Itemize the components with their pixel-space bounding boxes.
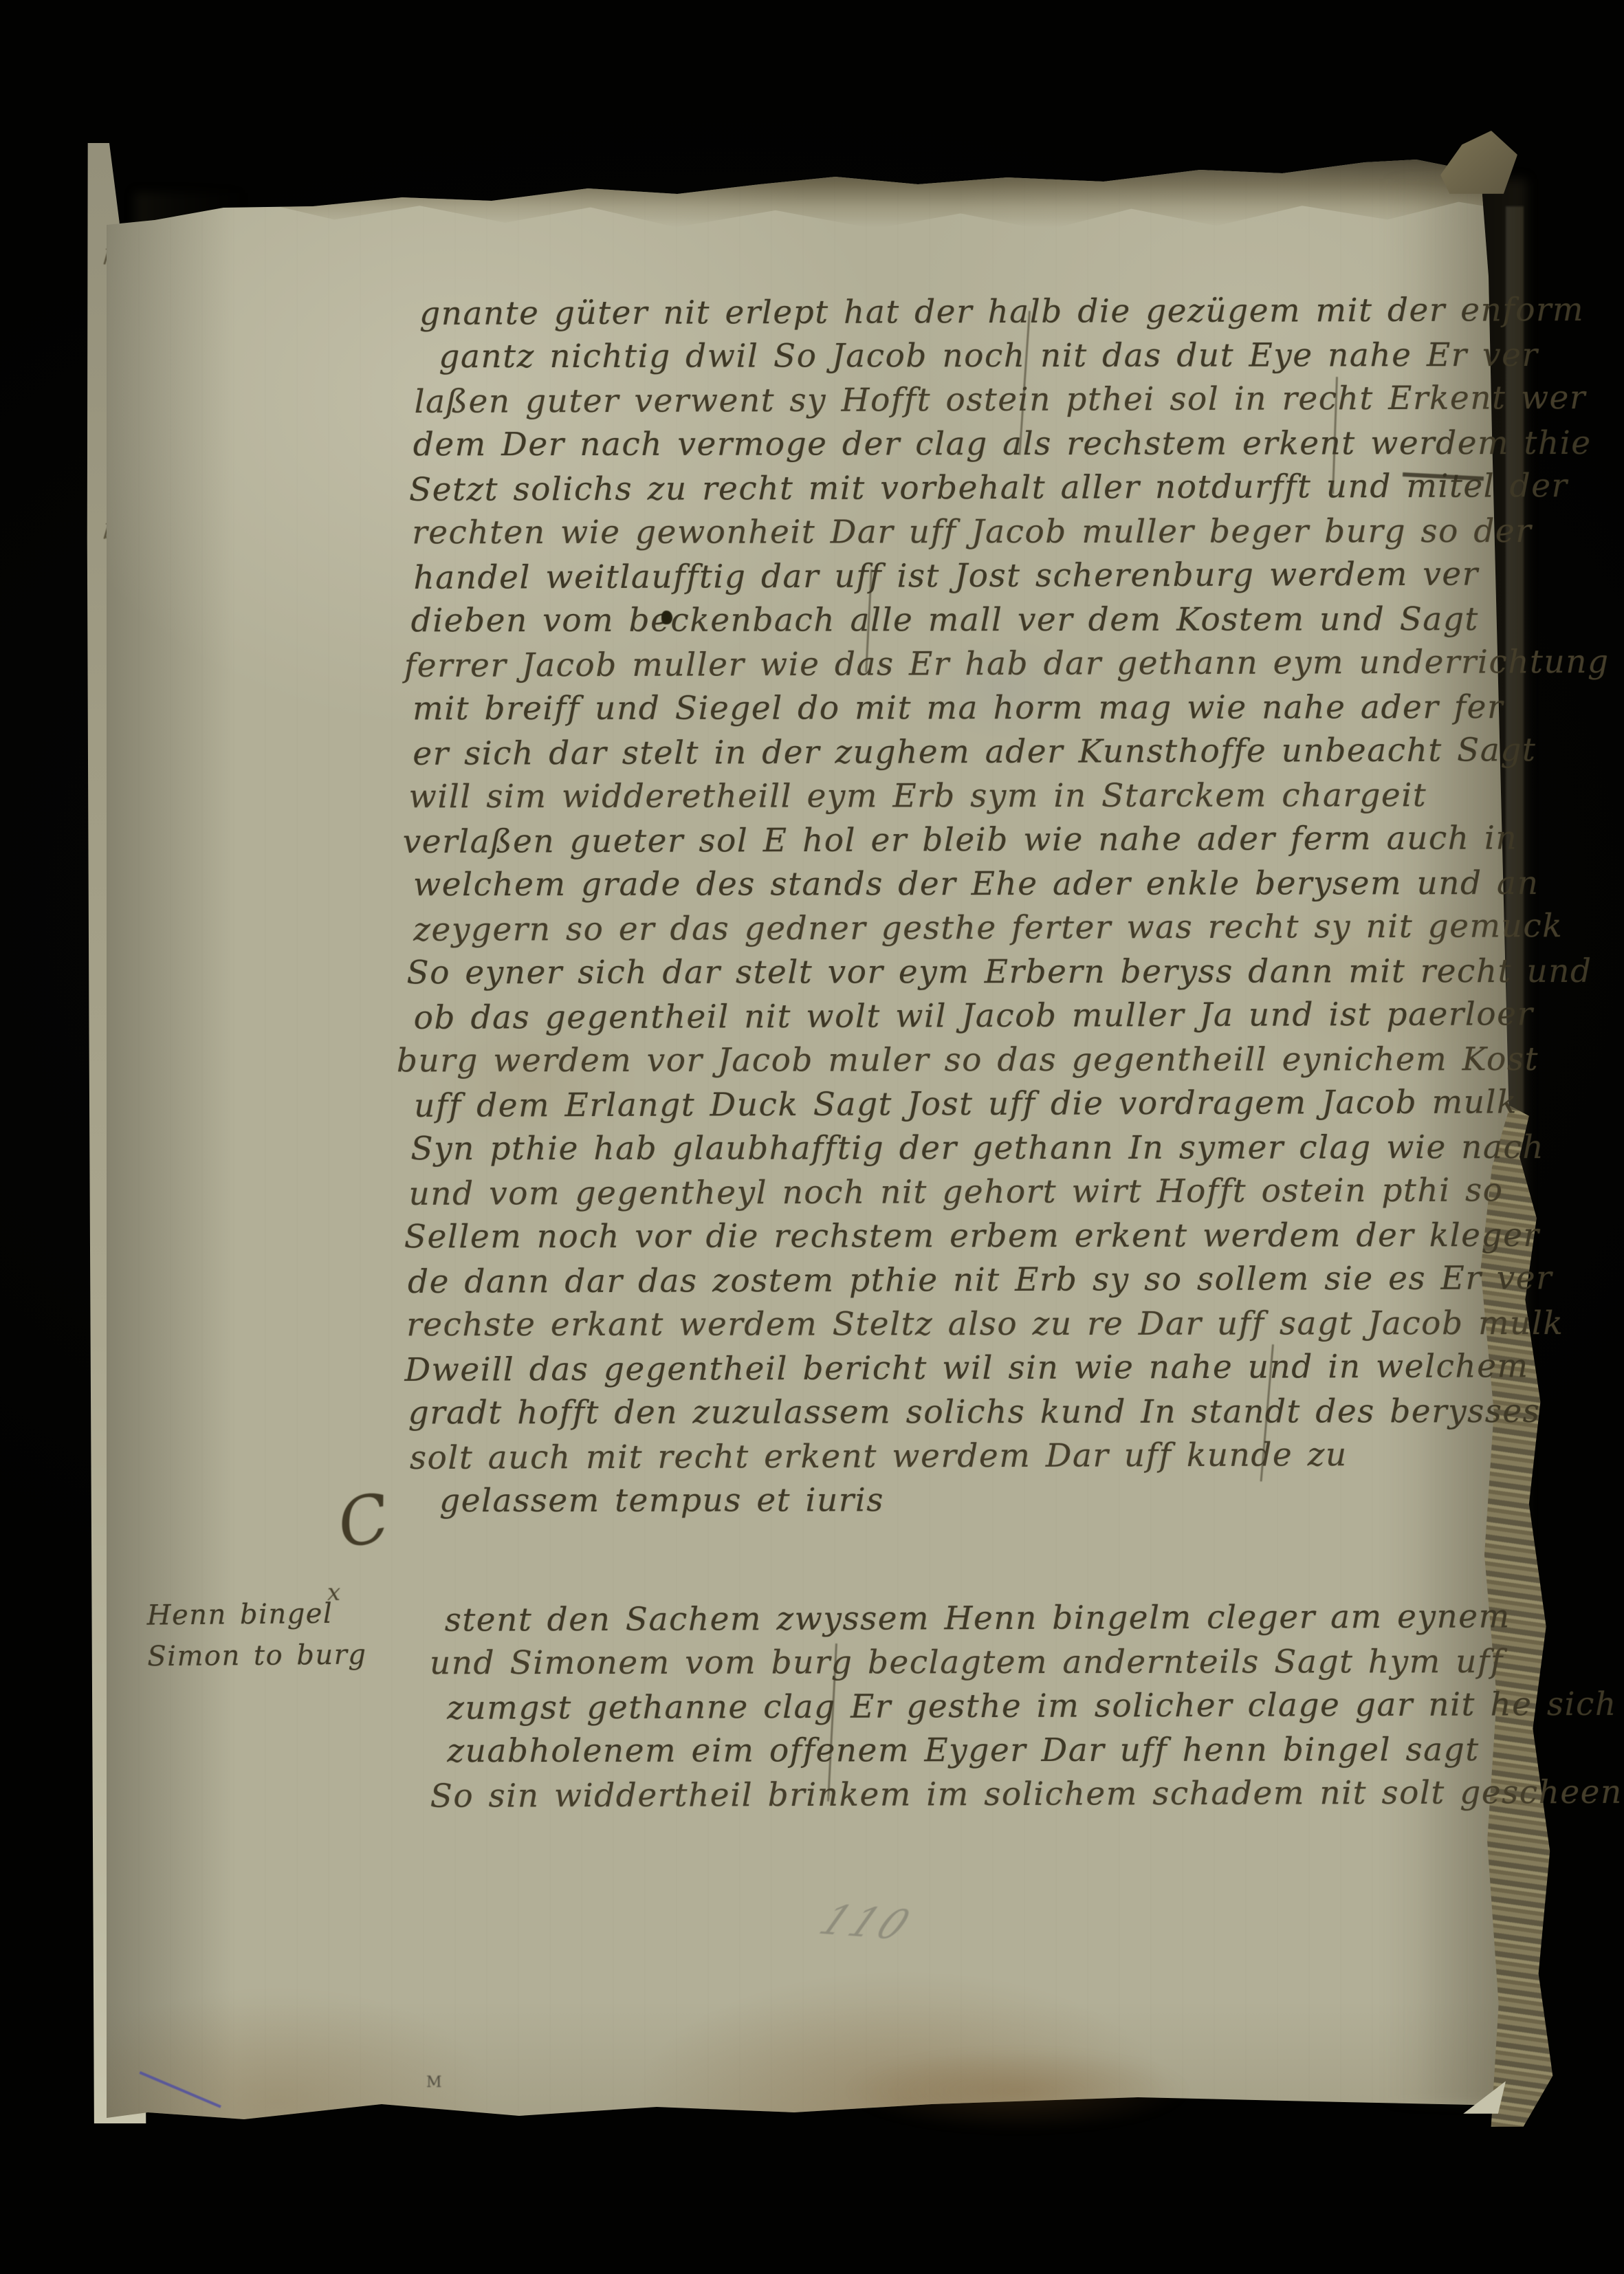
manuscript-line: solt auch mit recht erkent werdem Dar uf…: [410, 1432, 1505, 1480]
manuscript-line: er sich dar stelt in der zughem ader Kun…: [413, 728, 1502, 776]
manuscript-line: zuabholenem eim offenem Eyger Dar uff he…: [447, 1728, 1506, 1773]
main-text-block: gnante güter nit erlept hat der halb die…: [411, 288, 1506, 1819]
torn-corner-flap: [1440, 131, 1517, 194]
manuscript-line: uff dem Erlangt Duck Sagt Jost uff die v…: [414, 1080, 1504, 1128]
manuscript-line: de dann dar das zostem pthie nit Erb sy …: [408, 1256, 1504, 1304]
manuscript-line: zeygern so er das gedner gesthe ferter w…: [413, 904, 1503, 952]
manuscript-photo: klmzbntslstemnßGharmbisigjwsthymft gnant…: [0, 0, 1624, 2274]
manuscript-line: dem Der nach vermoge der clag als rechst…: [413, 422, 1502, 467]
manuscript-line: will sim widderetheill eym Erb sym in St…: [409, 774, 1503, 819]
manuscript-line: Dweill das gegentheil bericht wil sin wi…: [404, 1344, 1504, 1392]
manuscript-line: rechten wie gewonheit Dar uff Jacob mull…: [412, 510, 1502, 555]
manuscript-line: gradt hofft den zuzulassem solichs kund …: [408, 1390, 1505, 1435]
manuscript-line: zumgst gethanne clag Er gesthe im solich…: [447, 1683, 1506, 1730]
manuscript-line: So eyner sich dar stelt vor eym Erbern b…: [406, 950, 1503, 995]
manuscript-line: ob das gegentheil nit wolt wil Jacob mul…: [414, 992, 1504, 1040]
margin-note-line: Simon to burg: [147, 1635, 367, 1678]
manuscript-line: gelassem tempus et iuris: [439, 1478, 1505, 1523]
manuscript-line: und Simonem vom burg beclagtem anderntei…: [430, 1640, 1506, 1685]
manuscript-line: So sin widdertheil brinkem im solichem s…: [430, 1771, 1506, 1818]
bottom-speck-mark: M: [426, 2074, 442, 2091]
manuscript-line: dieben vom beckenbach alle mall ver dem …: [411, 598, 1502, 643]
manuscript-line: gantz nichtig dwil So Jacob noch nit das…: [439, 334, 1501, 379]
manuscript-line: handel weitlaufftig dar uff ist Jost sch…: [413, 552, 1502, 600]
manuscript-line: und vom gegentheyl noch nit gehort wirt …: [408, 1168, 1504, 1216]
manuscript-line: gnante güter nit erlept hat der halb die…: [419, 288, 1501, 336]
manuscript-line: laßen guter verwent sy Hofft ostein pthe…: [414, 376, 1501, 424]
manuscript-line: verlaßen gueter sol E hol er bleib wie n…: [403, 816, 1503, 864]
margin-tick-mark: x: [327, 1579, 340, 1606]
manuscript-line: rechste erkant werdem Steltz also zu re …: [406, 1302, 1504, 1347]
manuscript-line: welchem grade des stands der Ehe ader en…: [413, 862, 1503, 907]
manuscript-line: Syn pthie hab glaubhafftig der gethann I…: [410, 1126, 1504, 1171]
manuscript-line: mit breiff und Siegel do mit ma horm mag…: [413, 686, 1502, 731]
manuscript-line: ferrer Jacob muller wie das Er hab dar g…: [404, 640, 1502, 688]
manuscript-line: stent den Sachem zwyssem Henn bingelm cl…: [445, 1595, 1506, 1642]
bottom-stain: [846, 2049, 1189, 2132]
ink-blot: [661, 611, 672, 624]
top-deckle-edge: [107, 160, 1530, 237]
manuscript-line: burg werdem vor Jacob muler so das gegen…: [397, 1038, 1504, 1083]
manuscript-line: Setzt solichs zu recht mit vorbehalt all…: [409, 464, 1502, 512]
manuscript-line: Sellem noch vor die rechstem erbem erken…: [404, 1214, 1504, 1259]
